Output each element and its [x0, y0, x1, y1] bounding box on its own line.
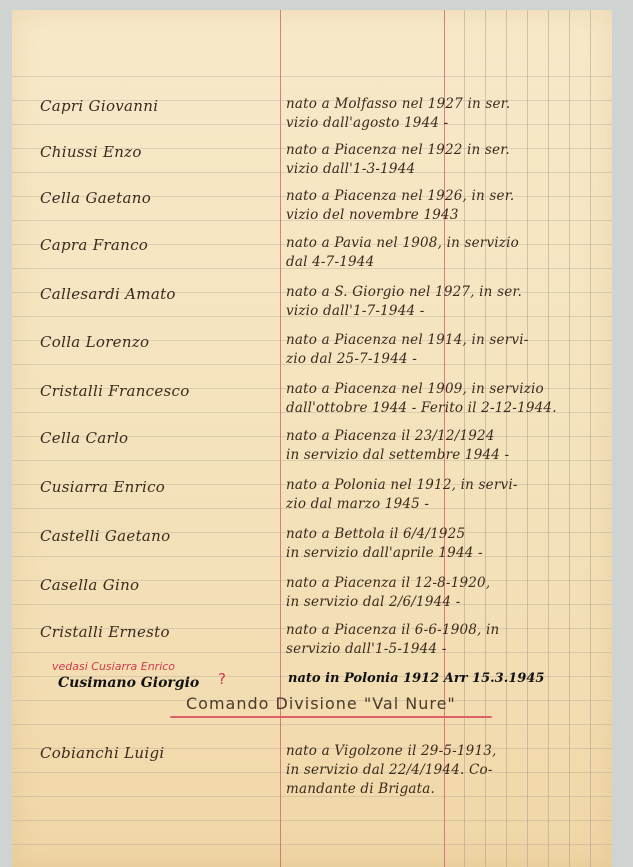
- added-name: Cusimano Giorgio: [58, 675, 199, 691]
- heading-underline: [170, 716, 492, 718]
- entry-detail-line: vizio dall'agosto 1944 -: [286, 114, 611, 133]
- entry-detail-line: nato a Piacenza nel 1914, in servi-: [286, 331, 611, 350]
- entry-detail-line: nato a Piacenza il 6-6-1908, in: [286, 621, 611, 640]
- section-heading: Comando Divisione "Val Nure": [186, 694, 456, 713]
- question-mark: ?: [218, 670, 226, 688]
- entry-name: Cella Gaetano: [40, 189, 151, 207]
- entry-name: Casella Gino: [40, 576, 139, 594]
- entry-name: Cella Carlo: [40, 429, 128, 447]
- entry-detail-line: dal 4-7-1944: [286, 253, 611, 272]
- entry-detail: nato a Piacenza nel 1926, in ser.vizio d…: [286, 187, 611, 225]
- entry-detail-line: nato a Piacenza nel 1922 in ser.: [286, 141, 611, 160]
- entry-detail-line: in servizio dal 22/4/1944. Co-: [286, 761, 611, 780]
- entry-detail-line: nato a Polonia nel 1912, in servi-: [286, 476, 611, 495]
- entry-detail: nato a Polonia nel 1912, in servi-zio da…: [286, 476, 611, 514]
- entry-detail-line: vizio del novembre 1943: [286, 206, 611, 225]
- margin-line-left: [280, 10, 281, 867]
- entry-detail-line: nato a Molfasso nel 1927 in ser.: [286, 95, 611, 114]
- entry-name: Castelli Gaetano: [40, 527, 170, 545]
- ruled-line: [12, 76, 612, 77]
- entry-detail-line: zio dal marzo 1945 -: [286, 495, 611, 514]
- entry-detail: nato a Piacenza nel 1909, in serviziodal…: [286, 380, 611, 418]
- entry-detail-line: nato a Pavia nel 1908, in servizio: [286, 234, 611, 253]
- entry-detail-line: nato a Vigolzone il 29-5-1913,: [286, 742, 611, 761]
- entry-detail: nato a Piacenza il 23/12/1924in servizio…: [286, 427, 611, 465]
- red-annotation: vedasi Cusiarra Enrico: [52, 660, 175, 673]
- entry-name: Cristalli Francesco: [40, 382, 190, 400]
- entry-detail-line: servizio dall'1-5-1944 -: [286, 640, 611, 659]
- entry-detail-line: nato a Piacenza nel 1926, in ser.: [286, 187, 611, 206]
- entry-detail-line: in servizio dal settembre 1944 -: [286, 446, 611, 465]
- entry-detail: nato a S. Giorgio nel 1927, in ser.vizio…: [286, 283, 611, 321]
- entry-detail: nato a Piacenza il 12-8-1920,in servizio…: [286, 574, 611, 612]
- entry-name: Cusiarra Enrico: [40, 478, 165, 496]
- entry-detail: nato a Bettola il 6/4/1925in servizio da…: [286, 525, 611, 563]
- entry-detail: nato a Molfasso nel 1927 in ser.vizio da…: [286, 95, 611, 133]
- added-detail: nato in Polonia 1912 Arr 15.3.1945: [288, 671, 544, 686]
- entry-detail-line: vizio dall'1-7-1944 -: [286, 302, 611, 321]
- ruled-line: [12, 820, 612, 821]
- ruled-line: [12, 724, 612, 725]
- entry-detail-line: vizio dall'1-3-1944: [286, 160, 611, 179]
- entry-detail: nato a Piacenza il 6-6-1908, inservizio …: [286, 621, 611, 659]
- entry-name: Colla Lorenzo: [40, 333, 149, 351]
- entry-detail: nato a Piacenza nel 1922 in ser.vizio da…: [286, 141, 611, 179]
- entry-detail-line: nato a Piacenza il 12-8-1920,: [286, 574, 611, 593]
- entry-name: Cristalli Ernesto: [40, 623, 170, 641]
- entry-detail-line: in servizio dall'aprile 1944 -: [286, 544, 611, 563]
- entry-detail-line: zio dal 25-7-1944 -: [286, 350, 611, 369]
- entry-detail-line: nato a Bettola il 6/4/1925: [286, 525, 611, 544]
- entry-name: Capra Franco: [40, 236, 148, 254]
- entry-detail-line: nato a Piacenza il 23/12/1924: [286, 427, 611, 446]
- entry-detail: nato a Piacenza nel 1914, in servi-zio d…: [286, 331, 611, 369]
- entry-detail: nato a Pavia nel 1908, in serviziodal 4-…: [286, 234, 611, 272]
- entry-name: Callesardi Amato: [40, 285, 176, 303]
- entry-detail: nato a Vigolzone il 29-5-1913,in servizi…: [286, 742, 611, 799]
- entry-detail-line: mandante di Brigata.: [286, 780, 611, 799]
- entry-name: Cobianchi Luigi: [40, 744, 164, 762]
- entry-detail-line: in servizio dal 2/6/1944 -: [286, 593, 611, 612]
- entry-name: Capri Giovanni: [40, 97, 158, 115]
- ruled-line: [12, 844, 612, 845]
- entry-detail-line: dall'ottobre 1944 - Ferito il 2-12-1944.: [286, 399, 611, 418]
- entry-name: Chiussi Enzo: [40, 143, 142, 161]
- entry-detail-line: nato a S. Giorgio nel 1927, in ser.: [286, 283, 611, 302]
- entry-detail-line: nato a Piacenza nel 1909, in servizio: [286, 380, 611, 399]
